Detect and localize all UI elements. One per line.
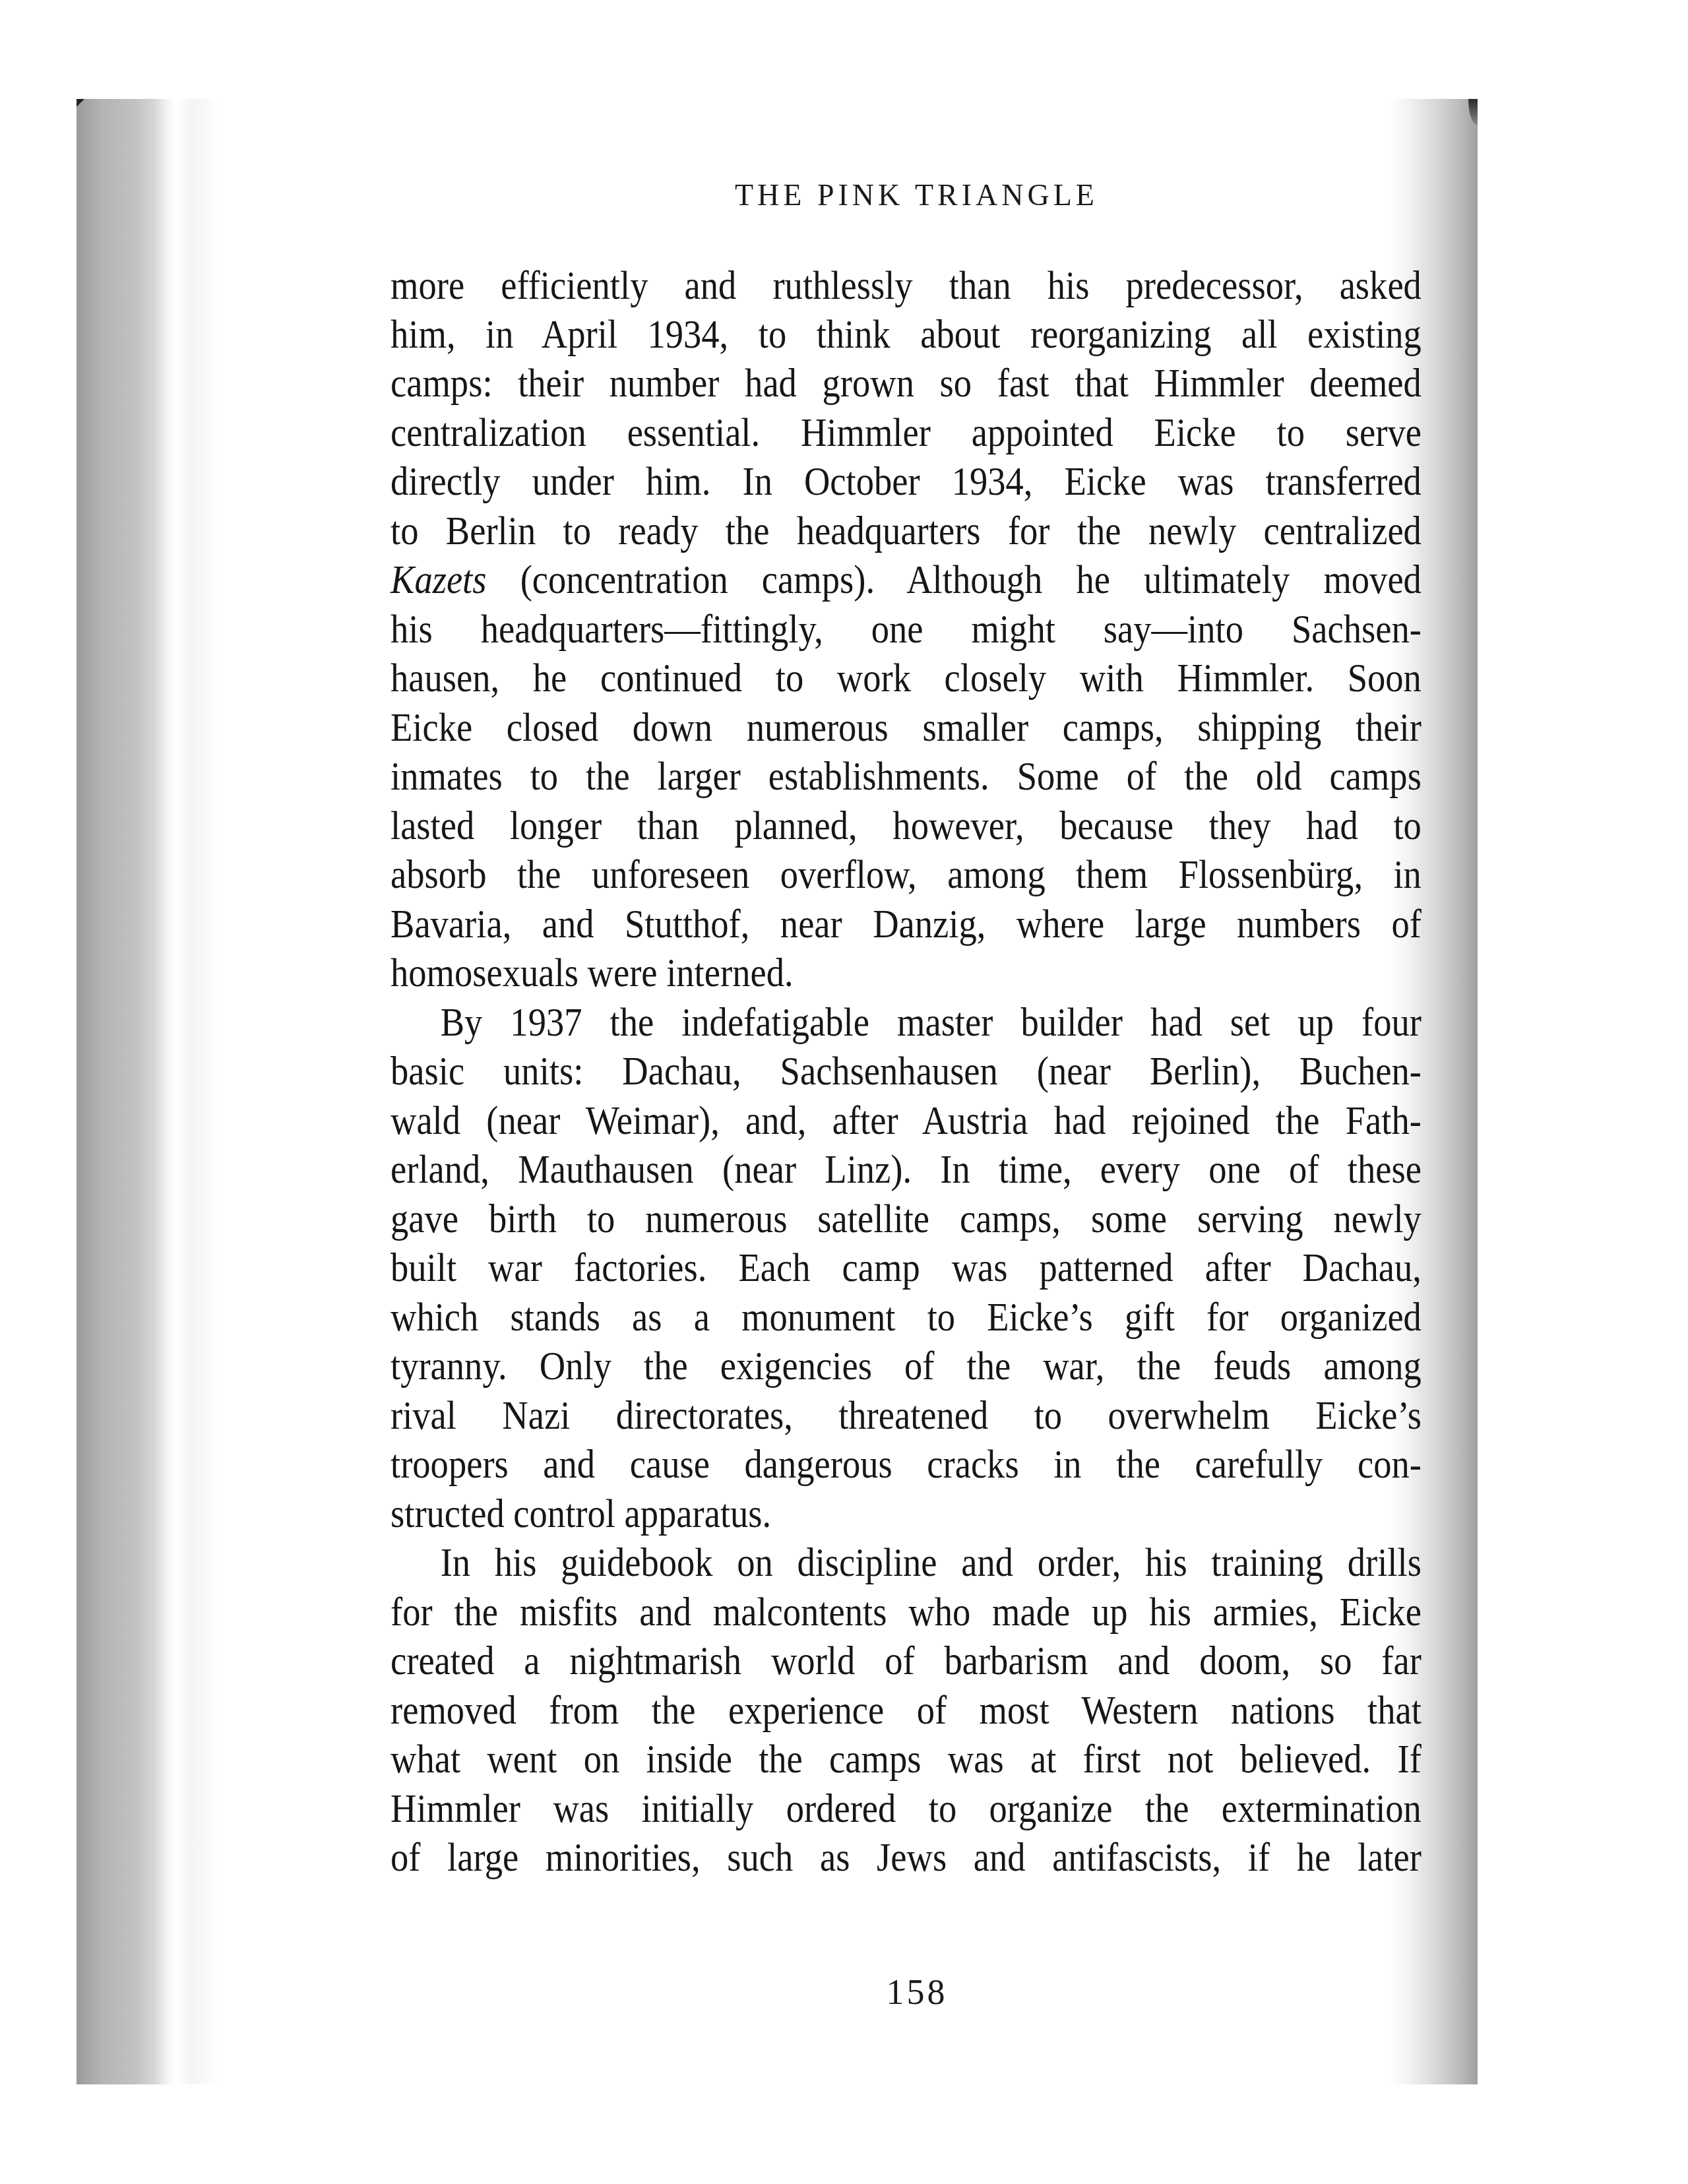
text-line: troopers and cause dangerous cracks in t… [391,1440,1422,1489]
text-line: wald (near Weimar), and, after Austria h… [391,1096,1422,1145]
text-line: basic units: Dachau, Sachsenhausen (near… [391,1047,1422,1096]
text-line: to Berlin to ready the headquarters for … [391,507,1422,555]
text-line: inmates to the larger establishments. So… [391,752,1422,801]
text-line-paragraph-start: By 1937 the indefatigable master builder… [391,998,1422,1047]
text-line: erland, Mauthausen (near Linz). In time,… [391,1145,1422,1194]
text-line: rival Nazi directorates, threatened to o… [391,1391,1422,1440]
page-corner-shadow-left [77,99,84,107]
page-number: 158 [884,1972,950,2012]
text-line: what went on inside the camps was at fir… [391,1735,1422,1784]
text-line-paragraph-start: In his guidebook on discipline and order… [391,1538,1422,1587]
text-line: absorb the unforeseen overflow, among th… [391,850,1422,899]
text-line: centralization essential. Himmler appoin… [391,408,1422,457]
text-line: removed from the experience of most West… [391,1686,1422,1735]
text-line-paragraph-end: structed control apparatus. [391,1489,1422,1538]
text-line: lasted longer than planned, however, bec… [391,801,1422,850]
text-line: created a nightmarish world of barbarism… [391,1637,1422,1685]
text-line: hausen, he continued to work closely wit… [391,654,1422,702]
text-line: his headquarters—fittingly, one might sa… [391,605,1422,654]
running-head: THE PINK TRIANGLE [735,177,1086,214]
text-line: gave birth to numerous satellite camps, … [391,1195,1422,1243]
text-line: tyranny. Only the exigencies of the war,… [391,1342,1422,1390]
text-line: more efficiently and ruthlessly than his… [391,261,1422,310]
text-line: Eicke closed down numerous smaller camps… [391,703,1422,752]
italic-term: Kazets [391,557,487,602]
text-line: Himmler was initially ordered to organiz… [391,1784,1422,1833]
text-line-paragraph-end: homosexuals were interned. [391,949,1422,997]
text-line: built war factories. Each camp was patte… [391,1243,1422,1292]
text-line-rest: (concentration camps). Although he ultim… [520,557,1422,602]
text-line: of large minorities, such as Jews and an… [391,1833,1422,1882]
text-line: which stands as a monument to Eicke’s gi… [391,1293,1422,1342]
text-line: him, in April 1934, to think about reorg… [391,310,1422,359]
text-line: camps: their number had grown so fast th… [391,359,1422,408]
text-line: Kazets (concentration camps). Although h… [391,555,1422,604]
text-line: Bavaria, and Stutthof, near Danzig, wher… [391,900,1422,949]
text-line: directly under him. In October 1934, Eic… [391,457,1422,506]
text-line: for the misfits and malcontents who made… [391,1588,1422,1637]
